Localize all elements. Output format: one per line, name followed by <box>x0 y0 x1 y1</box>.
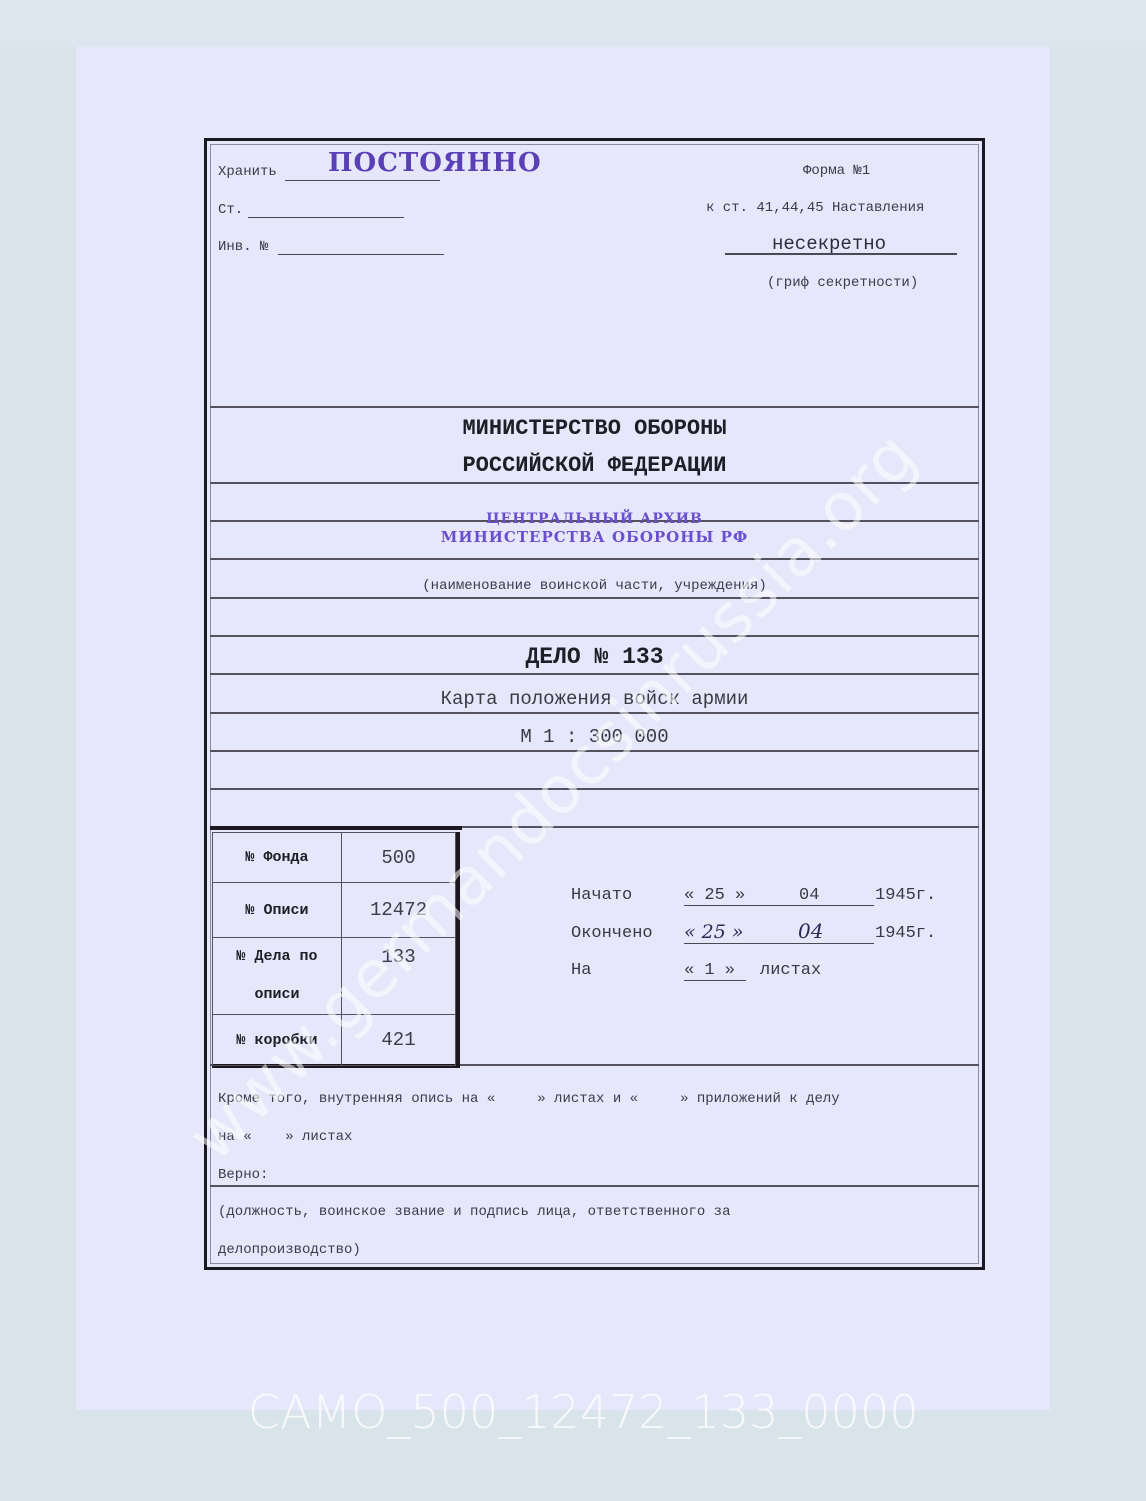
inventory-line: Кроме того, внутренняя опись на « » лист… <box>218 1091 840 1107</box>
table-top-rule <box>210 826 462 830</box>
keep-label: Хранить <box>218 164 277 180</box>
ended-month: 04 <box>798 919 823 943</box>
case-title: ДЕЛО № 133 <box>210 644 979 670</box>
sheets-underline <box>684 980 746 981</box>
classification-underline <box>725 253 957 255</box>
started-month: 04 <box>799 886 819 905</box>
article-underline <box>248 217 404 218</box>
keep-stamp: ПОСТОЯННО <box>328 148 542 178</box>
rule-line <box>210 558 979 560</box>
form-number: Форма №1 <box>803 163 870 179</box>
rule-line <box>210 406 979 408</box>
sheets-suffix: листах <box>760 961 821 980</box>
sheets-label: На <box>571 961 591 980</box>
rule-line <box>210 1185 979 1187</box>
rule-line <box>210 635 979 637</box>
unit-caption: (наименование воинской части, учреждения… <box>210 578 979 594</box>
inventory-label: Инв. № <box>218 239 268 255</box>
responsible-line1: (должность, воинское звание и подпись ли… <box>218 1204 730 1220</box>
background <box>0 0 1146 47</box>
responsible-line2: делопроизводство) <box>218 1242 361 1258</box>
classification: несекретно <box>772 233 886 255</box>
keep-underline <box>285 180 440 181</box>
rule-line <box>210 673 979 675</box>
started-underline <box>684 905 874 906</box>
article-label: Ст. <box>218 202 243 218</box>
ended-label: Окончено <box>571 924 653 943</box>
ended-underline <box>684 943 874 944</box>
rule-line <box>210 597 979 599</box>
started-year: 1945г. <box>875 886 936 905</box>
sheets-value: « 1 » <box>684 961 735 980</box>
inventory-underline <box>278 254 444 255</box>
classification-caption: (гриф секретности) <box>767 275 918 291</box>
started-label: Начато <box>571 886 632 905</box>
ended-day: « 25 » <box>684 921 744 943</box>
fond-label: № Фонда <box>213 833 342 883</box>
file-id-watermark: CAMO_500_12472_133_0000 <box>248 1385 918 1439</box>
ended-year: 1945г. <box>875 924 936 943</box>
started-day: « 25 » <box>684 886 745 905</box>
form-reference: к ст. 41,44,45 Наставления <box>706 200 924 216</box>
opis-label: № Описи <box>213 883 342 938</box>
